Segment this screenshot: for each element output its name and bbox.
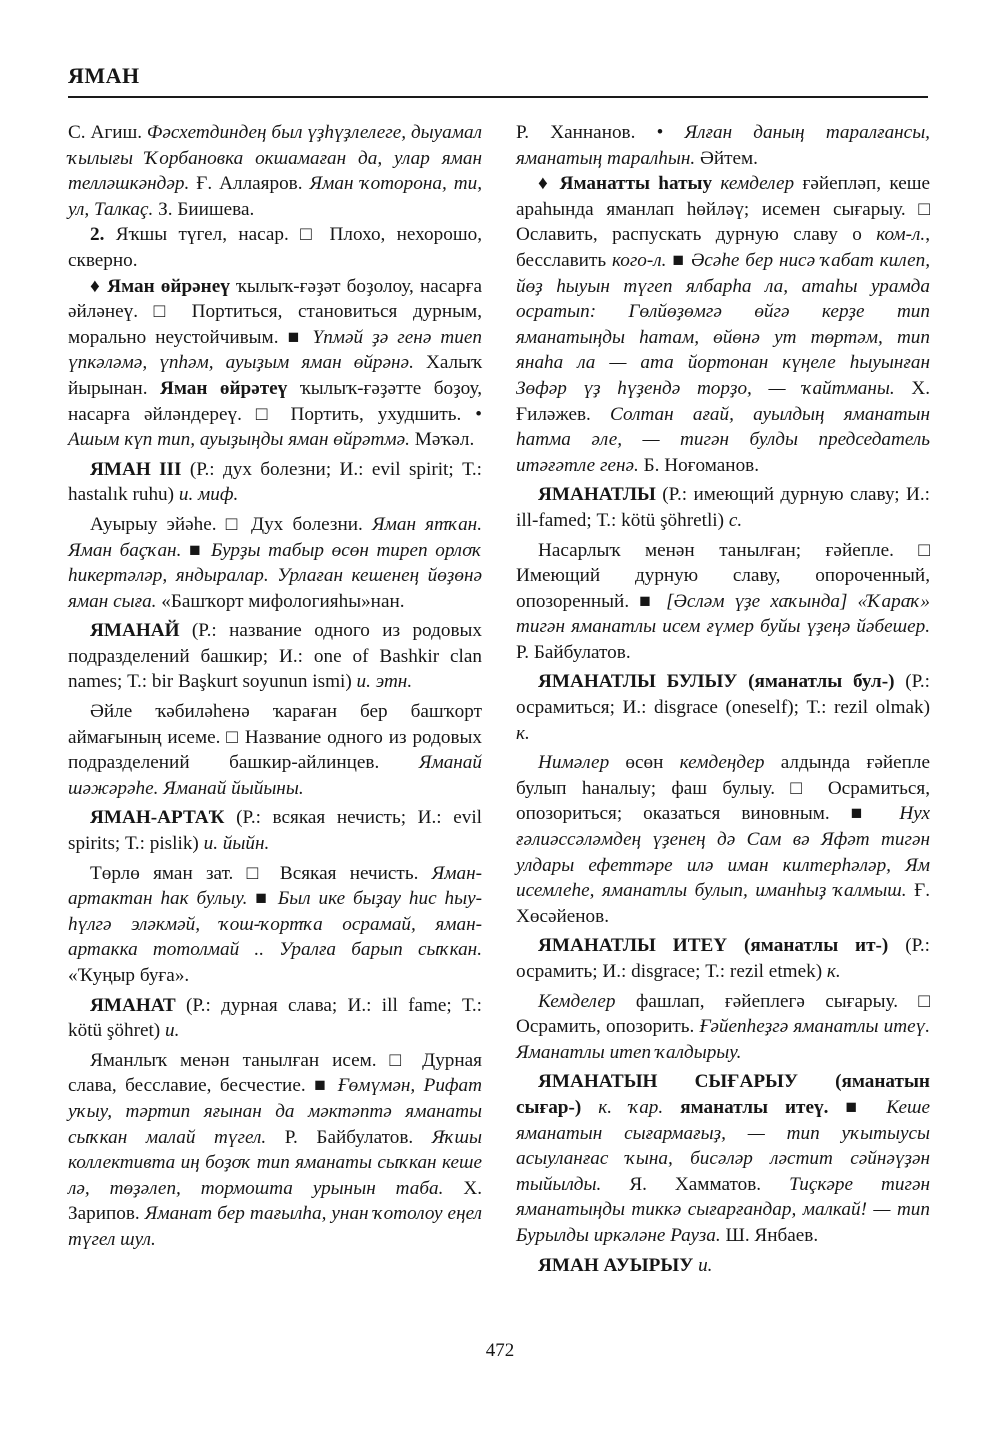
text-run: Р. Байбулатов. [266, 1127, 432, 1148]
bold-term: Яман өйрәтеү [160, 378, 287, 399]
bold-term: яманатлы итеү. [680, 1097, 828, 1118]
italic-example: к. [516, 723, 530, 744]
text-run: «Башҡорт мифологияһы»нан. [156, 591, 404, 612]
text-run: С. Агиш. [68, 122, 147, 143]
continued-text: С. Агиш. Фәсхетдиндең был үҙһүҙлелеге, д… [68, 120, 482, 222]
text-run: Я. Хамматов. [601, 1174, 789, 1195]
entry-definition: Төрлө яман зат. □ Всякая нечисть. Яман-а… [68, 861, 482, 989]
italic-example: и. [698, 1255, 712, 1276]
running-header: ЯМАН [68, 62, 928, 90]
italic-example: Әсәһе бер нисә ҡабат килеп, йөҙ һыуын тү… [516, 250, 930, 399]
text-run: ■ [666, 250, 690, 271]
text-run: Ш. Янбаев. [721, 1225, 818, 1246]
entry-definition: Кемделер фашлап, ғәйеплегә сығарыу. □ Ос… [516, 989, 930, 1066]
italic-example: Нимәлер [538, 752, 609, 773]
bold-term: ЯМАН III [90, 459, 182, 480]
text-run: ■ [828, 1097, 886, 1118]
italic-example: кемделер [720, 173, 794, 194]
dictionary-entry-headword: ЯМАНАТ (Р.: дурная слава; И.: ill fame; … [68, 993, 482, 1044]
text-run: Р. Ханнанов. • [516, 122, 685, 143]
italic-example: к. [827, 961, 841, 982]
text-run: Б. Ноғоманов. [639, 455, 759, 476]
text-run: Р. Байбулатов. [516, 642, 631, 663]
italic-example: к. ҡар. [598, 1097, 663, 1118]
left-column: С. Агиш. Фәсхетдиндең был үҙһүҙлелеге, д… [68, 120, 482, 1253]
text-run: өсөн [609, 752, 680, 773]
italic-example: и. этн. [357, 671, 413, 692]
bold-term: ЯМАНАЙ [90, 620, 180, 641]
dictionary-entry-headword: ЯМАН-АРТАҠ (Р.: всякая нечисть; И.: evil… [68, 805, 482, 856]
dictionary-entry-headword: ЯМАНАЙ (Р.: название одного из родовых п… [68, 618, 482, 695]
bold-term: ЯМАНАТЛЫ ИТЕҮ (яманатлы ит-) [538, 935, 888, 956]
header-rule [68, 96, 928, 98]
text-run: Ауырыу эйәһе. □ Дух болезни. [90, 514, 372, 535]
bold-term: ЯМАН-АРТАҠ [90, 807, 225, 828]
dictionary-entry-headword: ЯМАНАТЛЫ ИТЕҮ (яманатлы ит-) (Р.: осрами… [516, 933, 930, 984]
bold-term: ЯМАНАТ [90, 995, 176, 1016]
text-run: З. Биишева. [153, 199, 254, 220]
idiom-subentry: ♦ Яманатты һатыу кемделер ғәйепләп, кеше… [516, 171, 930, 478]
text-run: Әйтем. [695, 148, 758, 169]
dictionary-entry-headword: ЯМАН АУЫРЫУ и. [516, 1253, 930, 1279]
italic-example: и. [165, 1020, 179, 1041]
text-run: ■ [247, 888, 278, 909]
text-run: Ғ. Аллаяров. [189, 173, 309, 194]
entry-definition: Әйле ҡәбиләһенә ҡараған бер башҡорт айма… [68, 699, 482, 801]
italic-example: с. [729, 510, 742, 531]
italic-example: и. миф. [179, 484, 238, 505]
idiom-subentry: ♦ Яман өйрәнеү ҡылыҡ-ғәҙәт боҙолоу, наса… [68, 274, 482, 453]
entry-definition: Насарлыҡ менән танылған; ғәйепле. □ Имею… [516, 538, 930, 666]
italic-example: кого-л. [612, 250, 666, 271]
bold-term: ЯМАНАТЛЫ [538, 484, 656, 505]
dictionary-entry-headword: ЯМАНАТЛЫ (Р.: имеющий дурную славу; И.: … [516, 482, 930, 533]
italic-example: ком-л. [876, 224, 925, 245]
dictionary-entry-headword: ЯМАН III (Р.: дух болезни; И.: evil spir… [68, 457, 482, 508]
text-run: ■ [181, 540, 211, 561]
right-column: Р. Ханнанов. • Ялған даның таралғансы, я… [516, 120, 930, 1278]
dictionary-entry-headword: ЯМАНАТЫН СЫҒАРЫУ (яманатын сығар-) к. ҡа… [516, 1069, 930, 1248]
entry-definition: Нимәлер өсөн кемдеңдер алдында ғәйепле б… [516, 750, 930, 929]
text-run: Яҡшы түгел, насар. □ Плохо, нехорошо, ск… [68, 224, 482, 271]
dictionary-entry-headword: ЯМАНАТЛЫ БУЛЫУ (яманатлы бул-) (Р.: осра… [516, 669, 930, 746]
continued-text: Р. Ханнанов. • Ялған даның таралғансы, я… [516, 120, 930, 171]
text-run: Төрлө яман зат. □ Всякая нечисть. [90, 863, 432, 884]
bold-term: ЯМАН АУЫРЫУ [538, 1255, 693, 1276]
entry-definition: Ауырыу эйәһе. □ Дух болезни. Яман ятҡан.… [68, 512, 482, 614]
text-run: «Ҡуңыр буға». [68, 965, 189, 986]
italic-example: и. йыйн. [204, 833, 270, 854]
running-title: ЯМАН [68, 62, 928, 90]
text-run: Мәҡәл. [410, 429, 474, 450]
bold-term: ЯМАНАТЛЫ БУЛЫУ (яманатлы бул-) [538, 671, 894, 692]
bold-term: ♦ Яман өйрәнеү [90, 276, 230, 297]
bold-term: ♦ Яманатты һатыу [538, 173, 712, 194]
page-number: 472 [0, 1340, 1000, 1362]
italic-example: Ашым күп тип, ауыҙыңды яман өйрәтмә. [68, 429, 410, 450]
text-run [581, 1097, 598, 1118]
italic-example: кемдеңдер [680, 752, 765, 773]
entry-definition: Яманлыҡ менән танылған исем. □ Дурная сл… [68, 1048, 482, 1253]
italic-example: Кемделер [538, 991, 615, 1012]
text-run [663, 1097, 680, 1118]
bold-term: 2. [90, 224, 104, 245]
sense-definition: 2. Яҡшы түгел, насар. □ Плохо, нехорошо,… [68, 222, 482, 273]
